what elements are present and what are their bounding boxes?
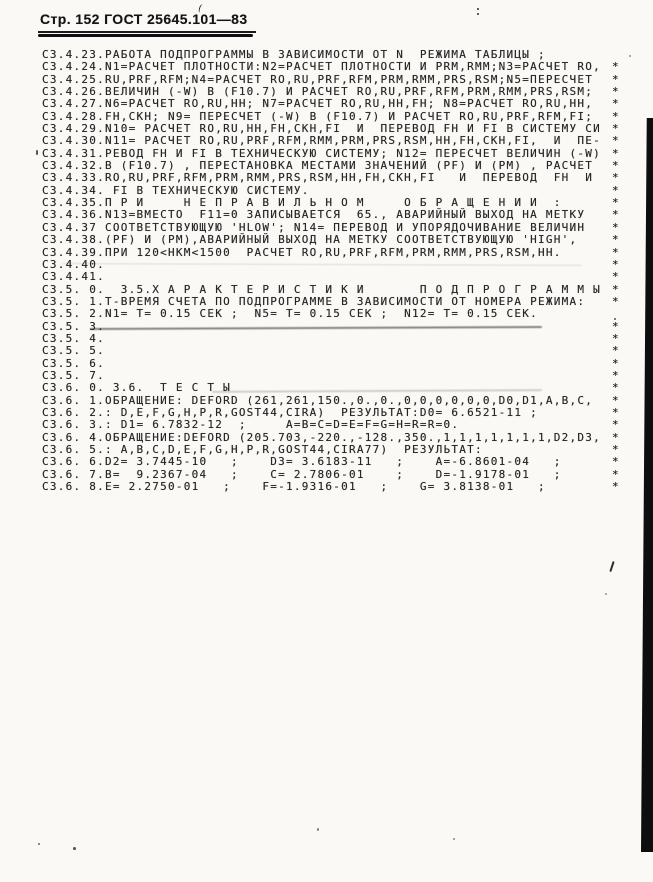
document-line: C3.4.33.RO,RU,PRF,RFM,PRM,RMM,PRS,RSM,HH…: [42, 172, 632, 184]
line-text: C3.4.27.N6=РАСЧЕТ RO,RU,HH; N7=РАСЧЕТ RO…: [42, 98, 593, 110]
scan-speck: [477, 13, 479, 15]
margin-asterisk: *: [612, 98, 619, 110]
line-text: C3.6. 6.D2= 3.7445-10 ; D3= 3.6183-11 ; …: [42, 456, 562, 468]
scan-speck: [73, 847, 76, 850]
line-text: C3.4.39.ПРИ 120<НКМ<1500 РАСЧЕТ RO,RU,PR…: [42, 247, 562, 259]
page-edge-shadow: [641, 118, 653, 852]
scanned-document-page: Стр. 152 ГОСТ 25645.101—83 C3.4.23.РАБОТ…: [0, 0, 653, 882]
page-header: Стр. 152 ГОСТ 25645.101—83: [40, 11, 248, 27]
scan-speck: [605, 593, 607, 595]
document-line: C3.5. 4.*: [42, 333, 632, 345]
header-rule-thin: [38, 31, 256, 33]
document-line: C3.4.41.*: [42, 271, 632, 283]
line-text: C3.6. 0. 3.6. Т Е С Т Ы: [42, 382, 231, 394]
scan-speck: [477, 8, 479, 10]
margin-asterisk: *: [612, 271, 619, 283]
margin-asterisk: *: [612, 172, 619, 184]
document-line: C3.4.38.(PF) И (PM),АВАРИЙНЫЙ ВЫХОД НА М…: [42, 234, 632, 246]
margin-asterisk: *: [612, 61, 619, 73]
document-line: C3.4.39.ПРИ 120<НКМ<1500 РАСЧЕТ RO,RU,PR…: [42, 247, 632, 259]
document-line: C3.5. 2.N1= T= 0.15 СЕК ; N5= T= 0.15 СЕ…: [42, 308, 632, 320]
margin-asterisk: *: [612, 234, 619, 246]
margin-asterisk: *: [612, 247, 619, 259]
document-line: C3.6. 3.: D1= 6.7832-12 ; A=B=C=D=E=F=G=…: [42, 419, 632, 431]
line-text: C3.4.24.N1=РАСЧЕТ ПЛОТНОСТИ:N2=РАСЧЕТ ПЛ…: [42, 61, 601, 73]
scan-speck: [38, 843, 40, 845]
scan-speck: [609, 561, 614, 572]
document-line: C3.5. 5.*: [42, 345, 632, 357]
line-text: C3.6. 3.: D1= 6.7832-12 ; A=B=C=D=E=F=G=…: [42, 419, 459, 431]
margin-asterisk: *: [612, 209, 619, 221]
document-line: C3.4.27.N6=РАСЧЕТ RO,RU,HH; N7=РАСЧЕТ RO…: [42, 98, 632, 110]
margin-asterisk: *: [612, 135, 619, 147]
document-line: C3.6. 0. 3.6. Т Е С Т Ы*: [42, 382, 632, 394]
header-rule-thick: [38, 34, 253, 37]
margin-asterisk: *: [612, 382, 619, 394]
margin-asterisk: *: [612, 419, 619, 431]
margin-asterisk: *: [612, 481, 619, 493]
document-line: C3.4.36.N13=ВМЕСТО F11=0 ЗАПИСЫВАЕТСЯ 65…: [42, 209, 632, 221]
line-text: C3.5. 5.: [42, 345, 105, 357]
margin-asterisk: *: [612, 296, 619, 308]
line-text: C3.4.30.N11= РАСЧЕТ RO,RU,PRF,RFM,RMM,PR…: [42, 135, 601, 147]
line-text: C3.4.33.RO,RU,PRF,RFM,PRM,RMM,PRS,RSM,HH…: [42, 172, 593, 184]
line-text: C3.4.36.N13=ВМЕСТО F11=0 ЗАПИСЫВАЕТСЯ 65…: [42, 209, 585, 221]
document-line: C3.5. 6.*: [42, 358, 632, 370]
document-line: C3.4.24.N1=РАСЧЕТ ПЛОТНОСТИ:N2=РАСЧЕТ ПЛ…: [42, 61, 632, 73]
document-line: C3.6. 8.E= 2.2750-01 ; F=-1.9316-01 ; G=…: [42, 481, 632, 493]
scan-speck: [317, 828, 319, 831]
margin-asterisk: *: [612, 456, 619, 468]
document-line: C3.6. 6.D2= 3.7445-10 ; D3= 3.6183-11 ; …: [42, 456, 632, 468]
document-line: C3.4.30.N11= РАСЧЕТ RO,RU,PRF,RFM,RMM,PR…: [42, 135, 632, 147]
scan-speck: [629, 55, 631, 57]
document-lines: C3.4.23.РАБОТА ПОДПРОГРАММЫ В ЗАВИСИМОСТ…: [42, 49, 632, 493]
line-text: C3.5. 2.N1= T= 0.15 СЕК ; N5= T= 0.15 СЕ…: [42, 308, 538, 320]
scan-speck: [453, 838, 455, 840]
line-text: C3.6. 8.E= 2.2750-01 ; F=-1.9316-01 ; G=…: [42, 481, 546, 493]
line-text: C3.4.38.(PF) И (PM),АВАРИЙНЫЙ ВЫХОД НА М…: [42, 234, 577, 246]
scan-speck: [36, 150, 38, 155]
margin-asterisk: *: [612, 345, 619, 357]
line-text: C3.4.41.: [42, 271, 105, 283]
